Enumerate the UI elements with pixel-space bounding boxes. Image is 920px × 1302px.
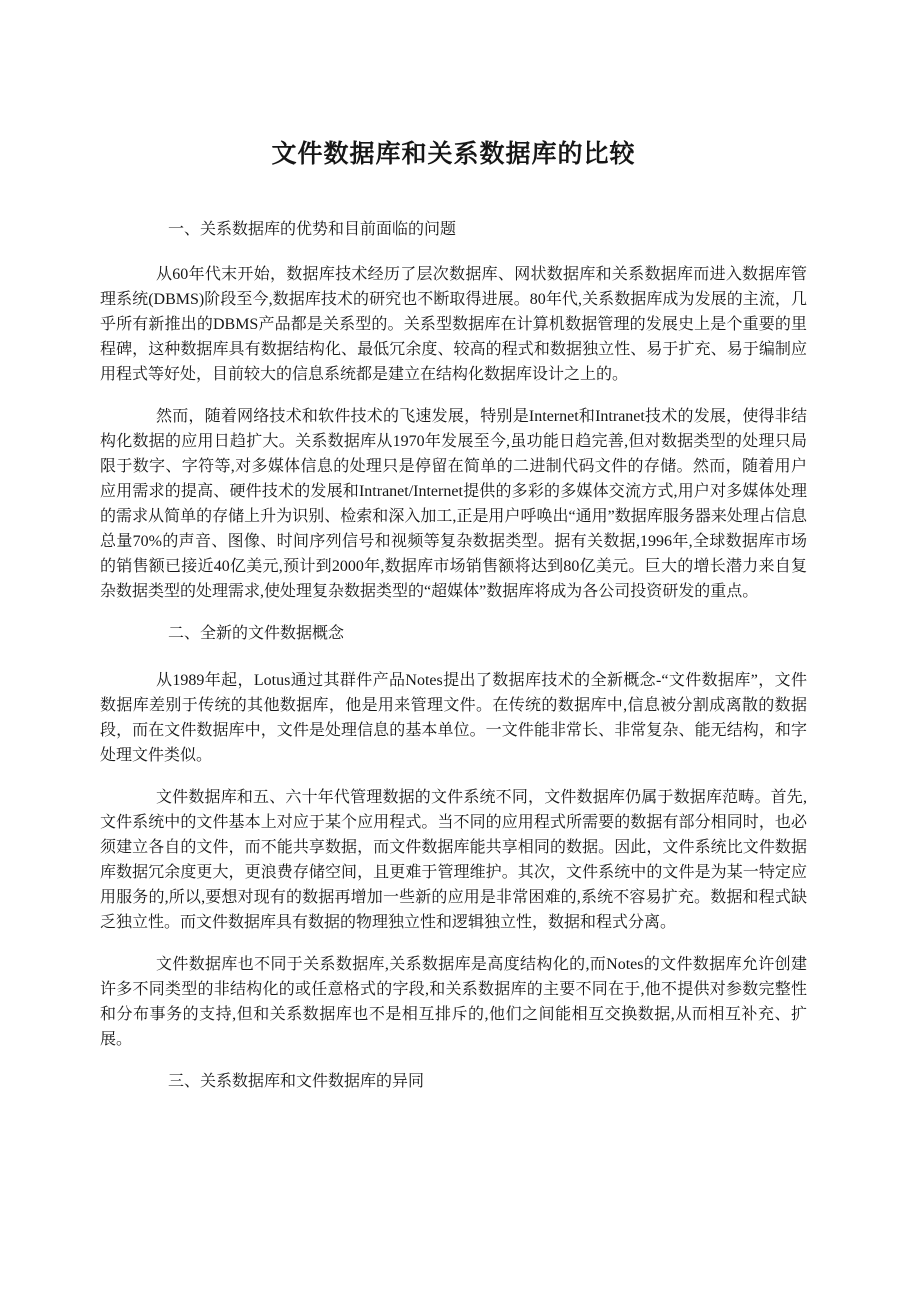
document-content: 文件数据库和关系数据库的比较 一、关系数据库的优势和目前面临的问题 从60年代末… [100, 141, 807, 1116]
section-3-heading: 三、关系数据库和文件数据库的异同 [100, 1069, 807, 1094]
section-2-paragraph-2: 文件数据库和五、六十年代管理数据的文件系统不同，文件数据库仍属于数据库范畴。首先… [100, 785, 807, 935]
section-2-paragraph-3: 文件数据库也不同于关系数据库,关系数据库是高度结构化的,而Notes的文件数据库… [100, 952, 807, 1052]
document-title: 文件数据库和关系数据库的比较 [100, 141, 807, 168]
section-1-heading: 一、关系数据库的优势和目前面临的问题 [100, 217, 807, 242]
section-2-paragraph-1: 从1989年起，Lotus通过其群件产品Notes提出了数据库技术的全新概念-“… [100, 668, 807, 768]
section-1-paragraph-2: 然而，随着网络技术和软件技术的飞速发展，特别是Internet和Intranet… [100, 404, 807, 604]
section-1-paragraph-1: 从60年代末开始，数据库技术经历了层次数据库、网状数据库和关系数据库而进入数据库… [100, 262, 807, 387]
document-page: 文件数据库和关系数据库的比较 一、关系数据库的优势和目前面临的问题 从60年代末… [0, 0, 920, 1302]
section-2-heading: 二、全新的文件数据概念 [100, 621, 807, 646]
